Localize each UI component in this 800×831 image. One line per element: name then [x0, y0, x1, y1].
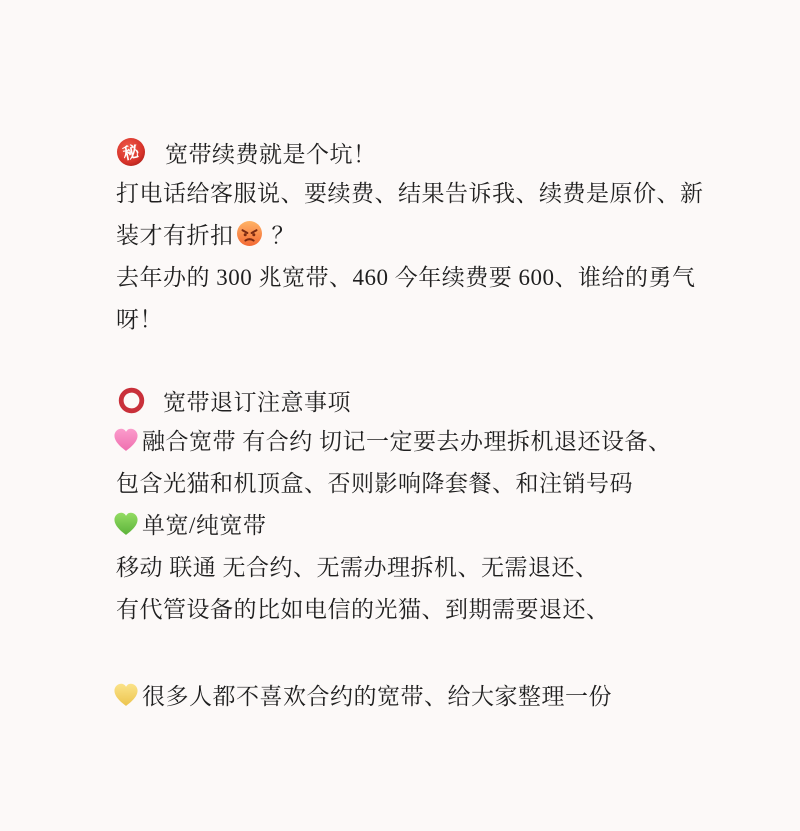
- paragraph-line: 移动 联通 无合约、无需办理拆机、无需退还、: [116, 547, 700, 589]
- green-heart-icon: [112, 510, 140, 538]
- secret-icon: 秘: [116, 137, 146, 167]
- paragraph-line: 包含光猫和机顶盒、否则影响降套餐、和注销号码: [116, 463, 700, 505]
- section-closing: 很多人都不喜欢合约的宽带、给大家整理一份: [116, 676, 700, 718]
- paragraph-line: 有代管设备的比如电信的光猫、到期需要退还、: [116, 589, 700, 631]
- pink-heart-icon: [112, 426, 140, 454]
- bullet-text: 单宽/纯宽带: [142, 513, 266, 538]
- section1-heading: 秘 宽带续费就是个坑！: [116, 131, 700, 173]
- yellow-heart-icon: [112, 681, 140, 709]
- line-text-after-emoji: ？: [272, 223, 296, 248]
- bullet-text: 融合宽带 有合约 切记一定要去办理拆机退还设备、: [142, 429, 672, 454]
- bullet-line: 很多人都不喜欢合约的宽带、给大家整理一份: [116, 676, 700, 718]
- section2-title: 宽带退订注意事项: [163, 384, 351, 417]
- angry-face-icon: [236, 220, 263, 247]
- bullet-line: 融合宽带 有合约 切记一定要去办理拆机退还设备、: [116, 421, 700, 463]
- note-page: 秘 宽带续费就是个坑！ 打电话给客服说、要续费、结果告诉我、续费是原价、新 装才…: [0, 0, 800, 718]
- section-unsubscribe-notes: 宽带退订注意事项 融合宽带 有合约 切记一定要去办理拆机退还设备、 包含光猫和机…: [116, 379, 700, 631]
- paragraph-line: 去年办的 300 兆宽带、460 今年续费要 600、谁给的勇气: [116, 257, 700, 299]
- bullet-line: 单宽/纯宽带: [116, 505, 700, 547]
- bullet-text: 很多人都不喜欢合约的宽带、给大家整理一份: [142, 684, 612, 709]
- section2-heading: 宽带退订注意事项: [116, 379, 700, 421]
- section-renewal-complaint: 秘 宽带续费就是个坑！ 打电话给客服说、要续费、结果告诉我、续费是原价、新 装才…: [116, 131, 700, 341]
- hollow-red-circle-icon: [118, 387, 145, 414]
- section1-title: 宽带续费就是个坑！: [165, 136, 377, 169]
- paragraph-line: 打电话给客服说、要续费、结果告诉我、续费是原价、新: [116, 173, 700, 215]
- paragraph-line: 装才有折扣 ？: [116, 215, 700, 257]
- paragraph-line: 呀！: [116, 299, 700, 341]
- line-text-before-emoji: 装才有折扣: [116, 223, 234, 248]
